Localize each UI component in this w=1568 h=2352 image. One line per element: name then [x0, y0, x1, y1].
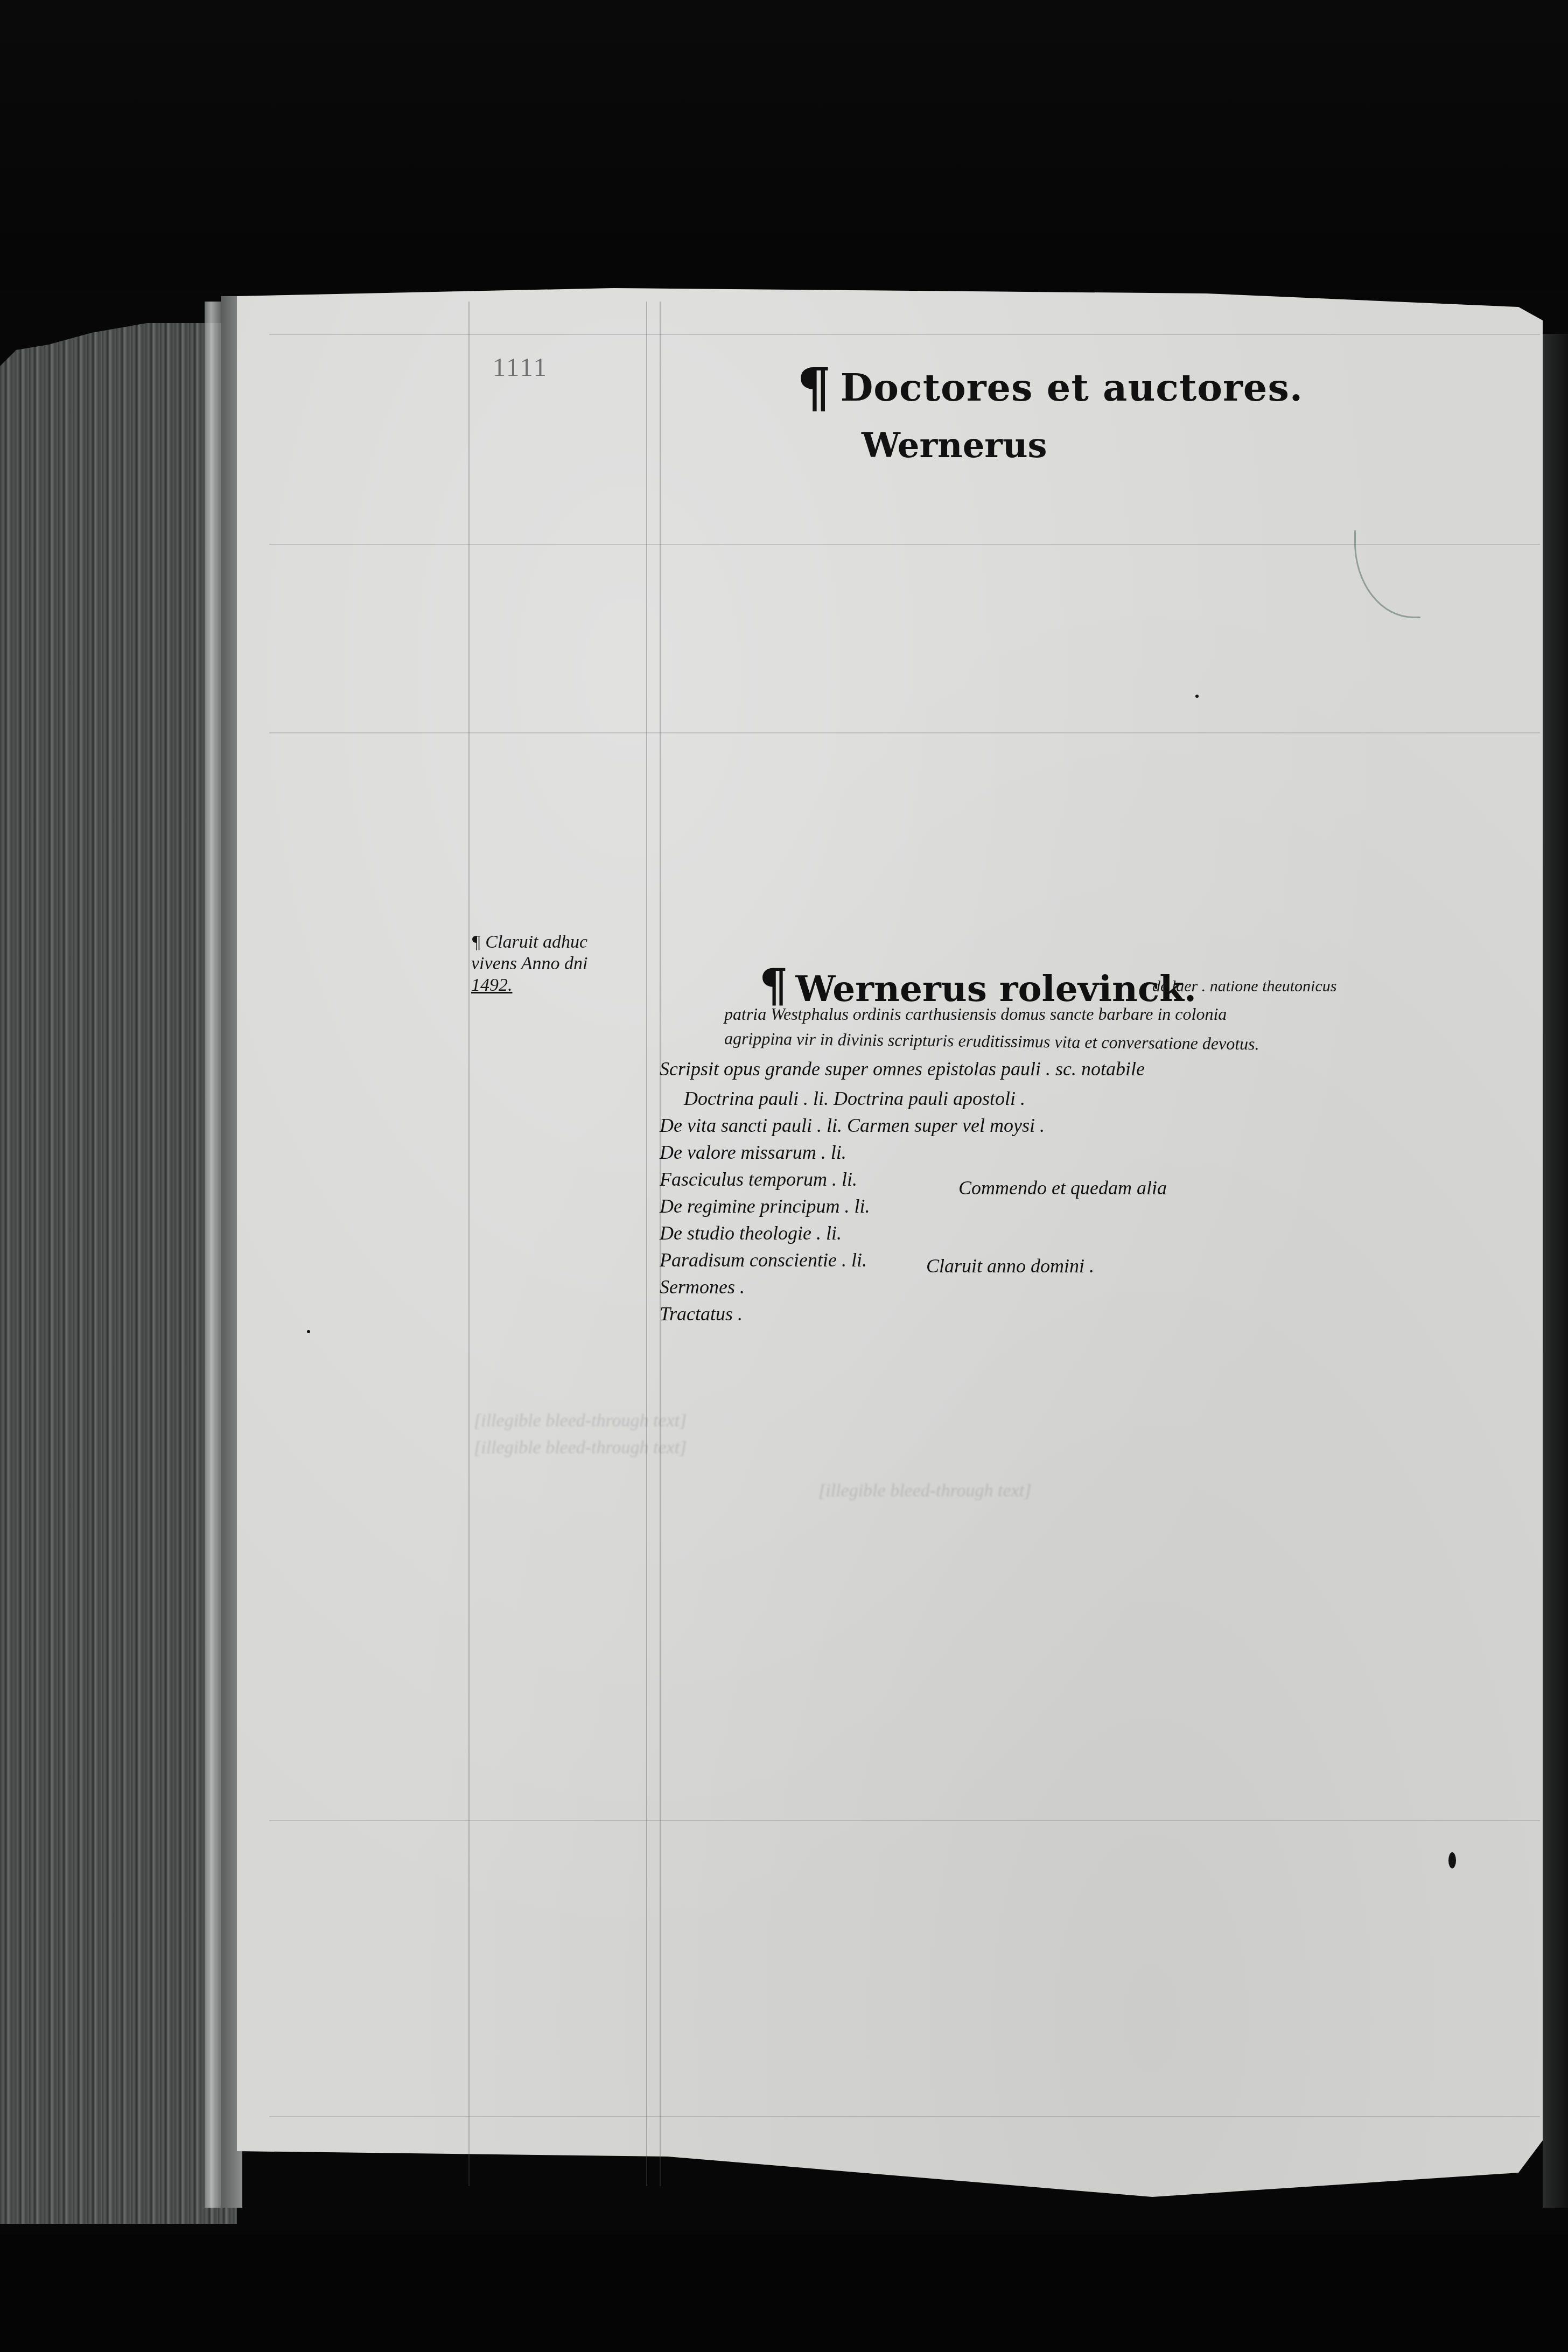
margin-note-line: ¶ Claruit adhuc	[471, 932, 676, 953]
work-item: Sermones .	[660, 1273, 745, 1300]
ruling-line	[269, 334, 1540, 335]
margin-note: ¶ Claruit adhuc vivens Anno dni 1492.	[471, 932, 676, 996]
ruling-line	[269, 2116, 1540, 2117]
ruling-line	[269, 732, 1540, 733]
entry-name: Wernerus rolevinck.	[795, 968, 1196, 1010]
ruling-line	[269, 1820, 1540, 1821]
bleed-through-text: [illegible bleed-through text]	[474, 1438, 687, 1458]
right-page-edge	[1543, 334, 1568, 2208]
work-item: De studio theologie . li.	[660, 1220, 842, 1247]
author-name-heading: Wernerus	[862, 425, 1047, 466]
side-annotation: Commendo et quedam alia	[958, 1177, 1167, 1199]
book-fore-edge	[0, 323, 237, 2224]
ruling-line	[646, 302, 647, 2186]
bleed-through-text: [illegible bleed-through text]	[474, 1411, 687, 1431]
margin-note-year: 1492.	[471, 975, 676, 996]
work-item: De regimine principum . li.	[660, 1193, 870, 1220]
work-item: De valore missarum . li.	[660, 1139, 846, 1166]
dark-background-top	[0, 0, 1568, 291]
running-head: ¶Doctores et auctores.	[797, 355, 1303, 419]
ink-speck	[1448, 1852, 1456, 1868]
work-item: Doctrina pauli . li. Doctrina pauli apos…	[684, 1085, 1025, 1112]
side-annotation: Claruit anno domini .	[926, 1255, 1094, 1277]
work-item: Paradisum conscientie . li.	[660, 1247, 867, 1273]
pilcrow-icon: ¶	[797, 355, 832, 419]
work-item: Scripsit opus grande super omnes epistol…	[660, 1055, 1145, 1082]
ruling-line	[468, 302, 470, 2186]
bio-line: patria Westphalus ordinis carthusiensis …	[724, 1004, 1227, 1024]
ink-speck	[1195, 695, 1199, 698]
work-item: De vita sancti pauli . li. Carmen super …	[660, 1112, 1045, 1139]
work-item: Tractatus .	[660, 1300, 743, 1327]
entry-intro: de laer . natione theutonicus	[1152, 977, 1336, 996]
manuscript-page	[237, 288, 1543, 2210]
ink-speck	[307, 1330, 310, 1333]
bleed-through-text: [illegible bleed-through text]	[818, 1481, 1031, 1501]
margin-note-line: vivens Anno dni	[471, 953, 676, 975]
ruling-line	[269, 544, 1540, 545]
running-head-text: Doctores et auctores.	[841, 365, 1304, 410]
work-item: Fasciculus temporum . li.	[660, 1166, 857, 1193]
folio-number: 1111	[493, 353, 548, 382]
page-edge-highlight	[205, 302, 221, 2208]
dark-background-bottom	[0, 2235, 1568, 2352]
